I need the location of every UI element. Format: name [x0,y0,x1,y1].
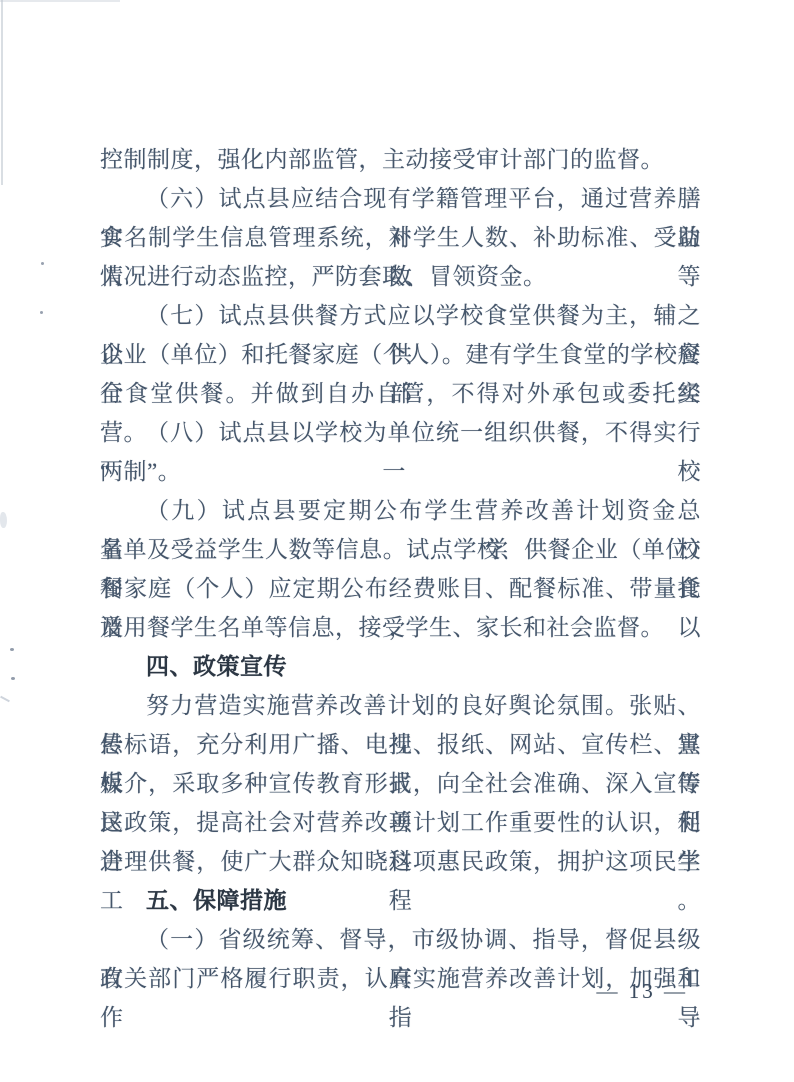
scan-artifact-dot [41,262,44,265]
scan-artifact-dot [11,677,15,680]
text-line: （八）试点县以学校为单位统一组织供餐，不得实行“一校 [100,413,701,452]
text-line: 企业（单位）和托餐家庭（个人）。建有学生食堂的学校应全部实 [100,335,701,374]
text-line: 名单及受益学生人数等信息。试点学校、供餐企业（单位）和托 [100,530,701,569]
scan-edge-shadow [0,0,120,2]
page-number: — 13 — [597,976,689,1006]
section-heading: 四、政策宣传 [100,647,701,686]
text-line: （一）省级统筹、督导，市级协调、指导，督促县级政府和 [100,920,701,959]
text-line: 实名制学生信息管理系统，对学生人数、补助标准、受益人数等 [100,218,701,257]
text-line: 及用餐学生名单等信息，接受学生、家长和社会监督。 [100,608,701,647]
text-line: 合理供餐，使广大群众知晓这项惠民政策，拥护这项民生工程。 [100,842,701,881]
text-line: 媒介，采取多种宣传教育形式，向全社会准确、深入宣传这项利 [100,764,701,803]
scan-artifact-smudge [0,512,7,528]
text-line: 努力营造实施营养改善计划的良好舆论氛围。张贴、悬挂宣 [100,686,701,725]
text-line: 民政策，提高社会对营养改善计划工作重要性的认识，促进科学 [100,803,701,842]
scanned-document-page: 控制制度，强化内部监管，主动接受审计部门的监督。（六）试点县应结合现有学籍管理平… [0,0,794,1082]
text-line: 控制制度，强化内部监管，主动接受审计部门的监督。 [100,140,701,179]
scan-artifact-dot [10,648,14,651]
text-line: （九）试点县要定期公布学生营养改善计划资金总量、学校 [100,491,701,530]
scan-artifact-tick [0,696,10,702]
text-line: 餐家庭（个人）应定期公布经费账目、配餐标准、带量食谱，以 [100,569,701,608]
text-line: 传标语，充分利用广播、电视、报纸、网站、宣传栏、黑板报等 [100,725,701,764]
text-line: （六）试点县应结合现有学籍管理平台，通过营养膳食补助 [100,179,701,218]
document-body: 控制制度，强化内部监管，主动接受审计部门的监督。（六）试点县应结合现有学籍管理平… [100,140,701,998]
scan-artifact-dot [40,311,43,314]
text-line: 行食堂供餐。并做到自办自管，不得对外承包或委托经营。 [100,374,701,413]
text-line: （七）试点县供餐方式应以学校食堂供餐为主，辅之以供餐 [100,296,701,335]
scan-edge-shadow [1,0,3,185]
